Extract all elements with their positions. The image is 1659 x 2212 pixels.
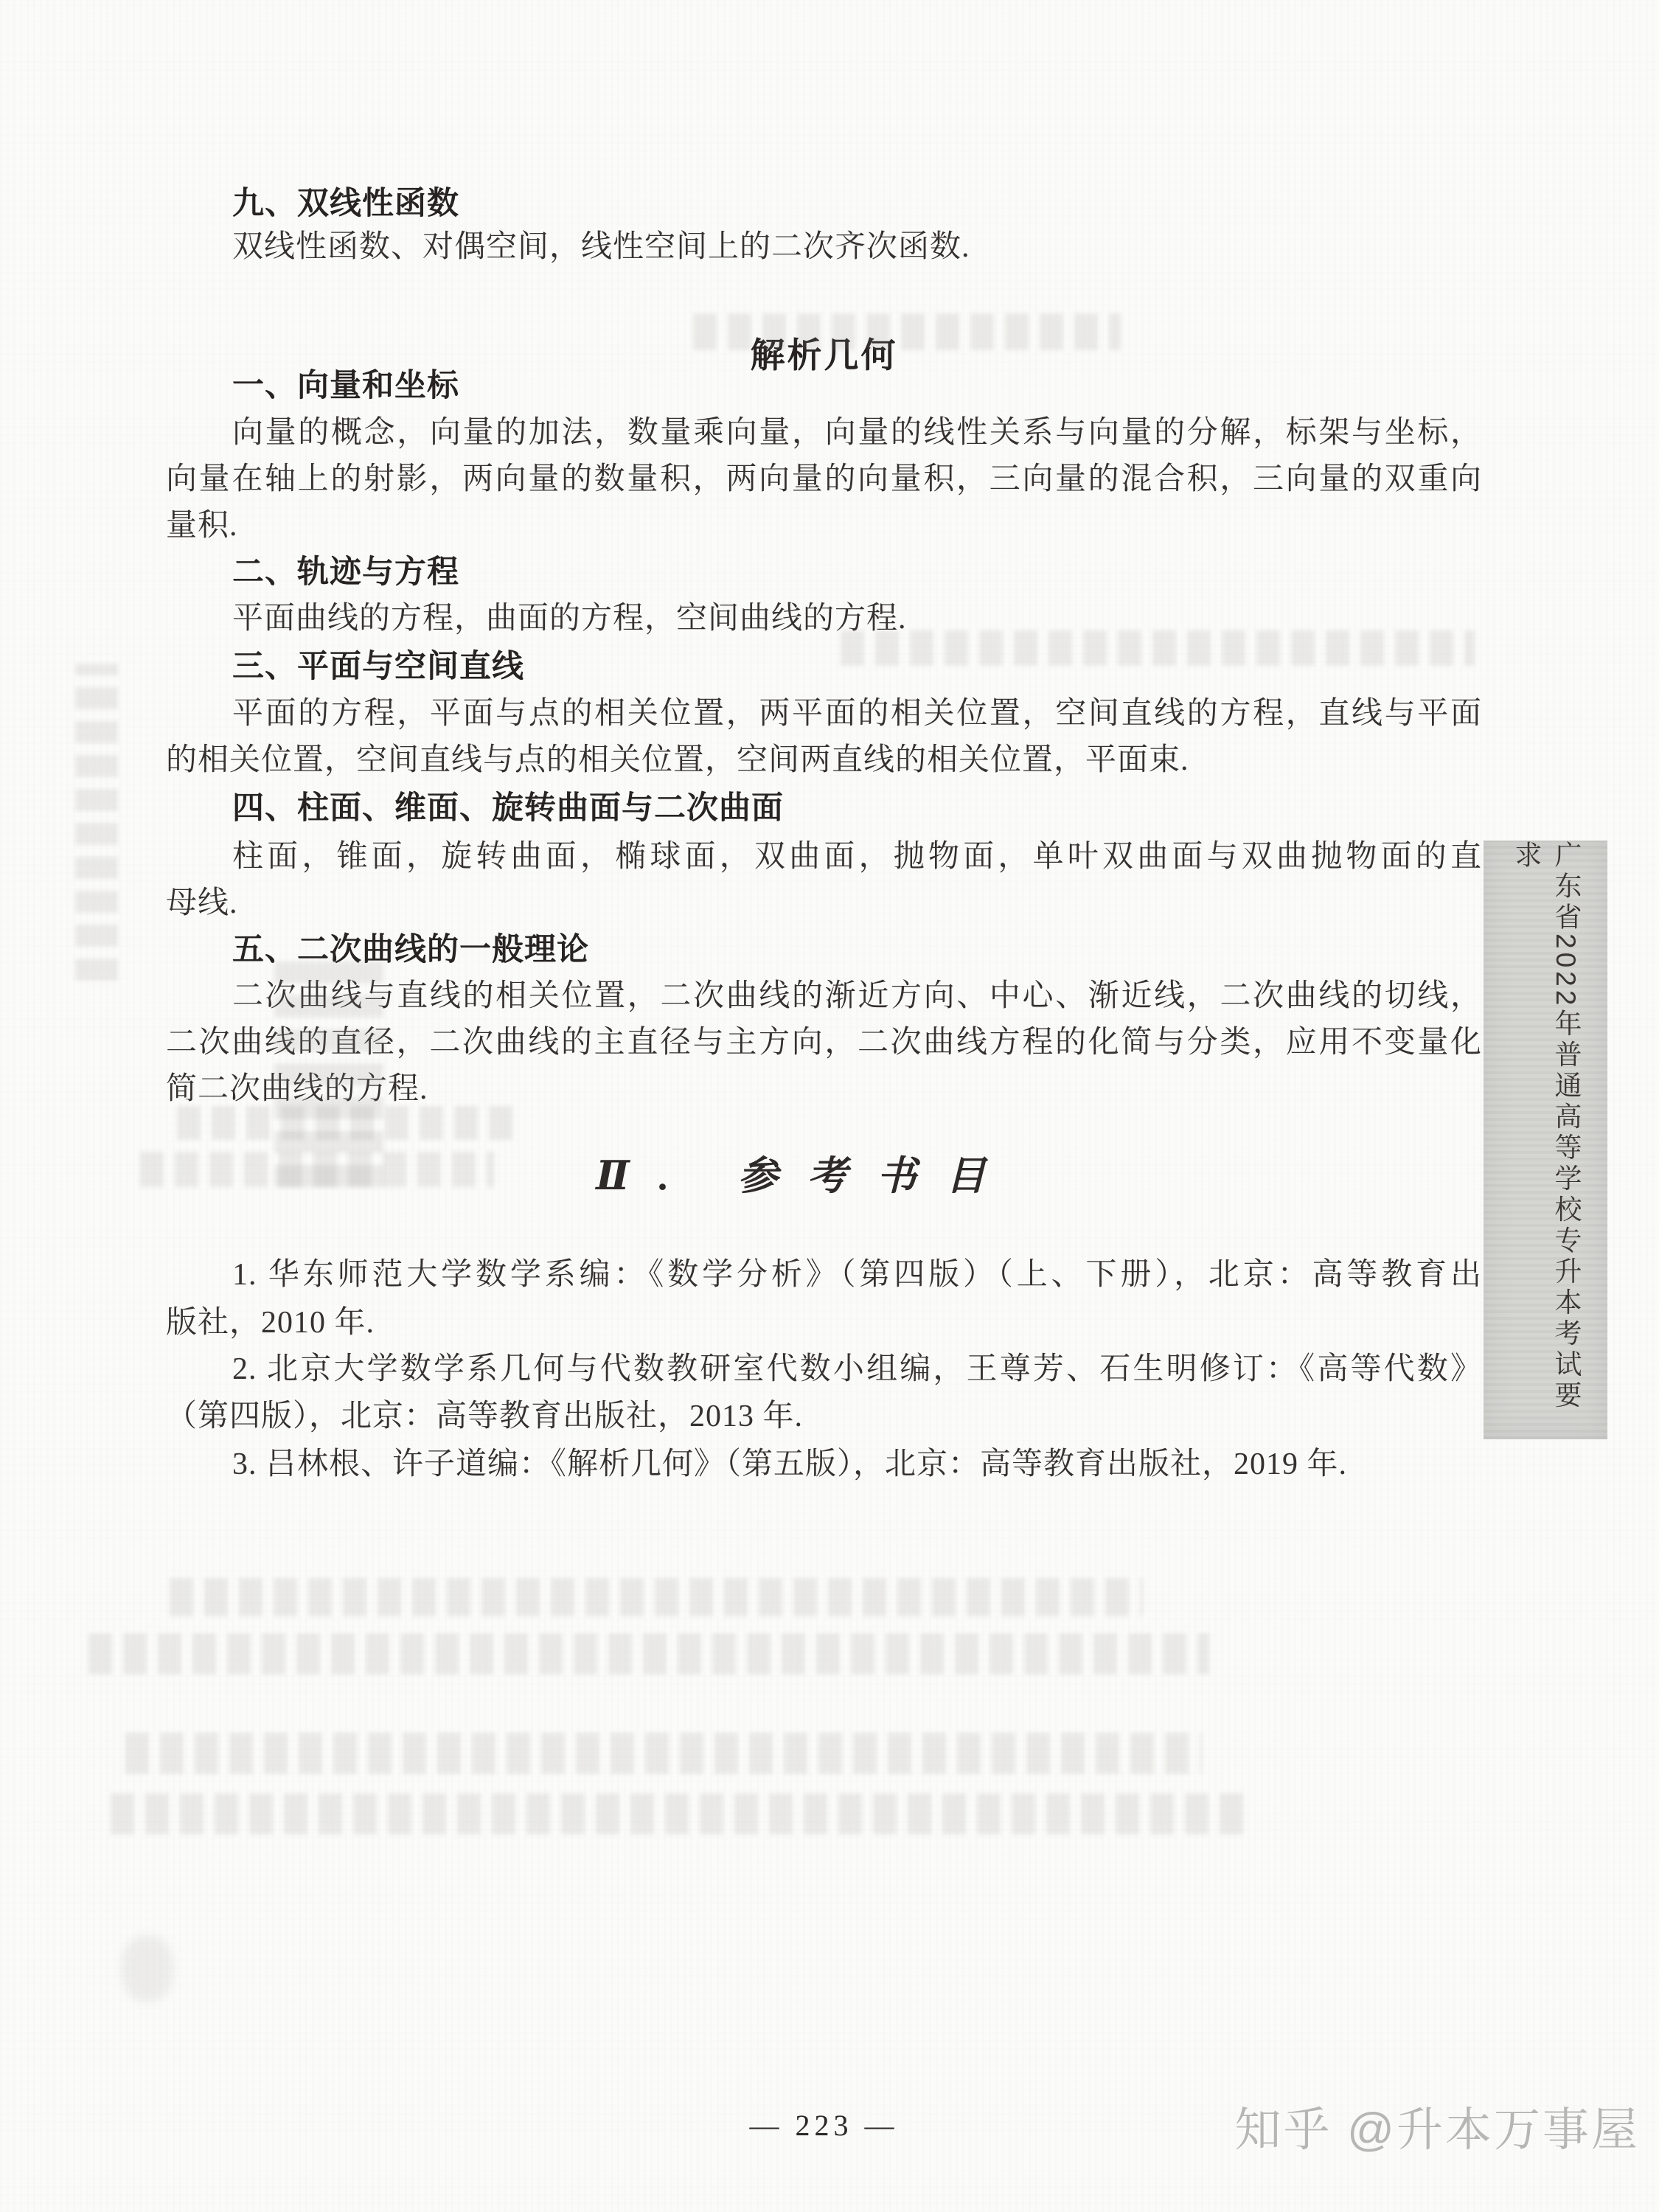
paragraph-line: 向量在轴上的射影，两向量的数量积，两向量的向量积，三向量的混合积，三向量的双重向 <box>166 460 1482 504</box>
paragraph-line: 平面的方程，平面与点的相关位置，两平面的相关位置，空间直线的方程，直线与平面 <box>232 695 1482 739</box>
section-heading-locus-equations: 二、轨迹与方程 <box>232 553 459 593</box>
reference-item-line: （第四版），北京：高等教育出版社，2013 年. <box>166 1397 803 1436</box>
reference-item-line: 2. 北京大学数学系几何与代数教研室代数小组编，王尊芳、石生明修订：《高等代数》 <box>232 1350 1482 1394</box>
section-heading-plane-space-line: 三、平面与空间直线 <box>232 647 524 687</box>
section-heading-conic-general-theory: 五、二次曲线的一般理论 <box>232 931 589 970</box>
zhihu-watermark: 知乎 @升本万事屋 <box>1235 2093 1640 2160</box>
section-heading-bilinear-functions: 九、双线性函数 <box>232 184 459 224</box>
bleedthrough-ghost <box>841 630 1475 666</box>
paragraph-line: 二次曲线与直线的相关位置，二次曲线的渐近方向、中心、渐近线，二次曲线的切线， <box>232 977 1482 1021</box>
paragraph-line: 的相关位置，空间直线与点的相关位置，空间两直线的相关位置，平面束. <box>166 741 1189 780</box>
section-heading-vectors-coordinates: 一、向量和坐标 <box>232 366 459 406</box>
side-banner-vertical-text: 广东省2022年普通高等学校专升本考试要求 <box>1506 841 1585 1439</box>
paragraph-line: 向量的概念，向量的加法，数量乘向量，向量的线性关系与向量的分解，标架与坐标， <box>232 414 1482 458</box>
paragraph-line: 柱面，锥面，旋转曲面，椭球面，双曲面，抛物面，单叶双曲面与双曲抛物面的直 <box>232 838 1482 882</box>
bleedthrough-ghost <box>88 1633 1209 1674</box>
paragraph-line: 二次曲线的直径，二次曲线的主直径与主方向，二次曲线方程的化简与分类，应用不变量化 <box>166 1023 1482 1068</box>
section-body-bilinear-functions: 双线性函数、对偶空间，线性空间上的二次齐次函数. <box>232 228 970 267</box>
reference-item-line: 1. 华东师范大学数学系编：《数学分析》（第四版）（上、下册），北京：高等教育出 <box>232 1256 1482 1300</box>
bleedthrough-ghost <box>75 664 118 981</box>
scanned-document-page: 九、双线性函数 双线性函数、对偶空间，线性空间上的二次齐次函数. 解析几何 一、… <box>0 0 1659 2212</box>
bleedthrough-ghost <box>111 1793 1246 1834</box>
exam-requirement-side-banner: 广东省2022年普通高等学校专升本考试要求 <box>1484 841 1607 1439</box>
paragraph-line: 母线. <box>166 884 238 923</box>
paragraph-line: 平面曲线的方程，曲面的方程，空间曲线的方程. <box>232 599 907 639</box>
bleedthrough-ghost <box>177 1106 524 1140</box>
paragraph-line: 简二次曲线的方程. <box>166 1070 428 1109</box>
bleedthrough-ghost <box>170 1578 1143 1616</box>
reference-item-line: 3. 吕林根、许子道编：《解析几何》（第五版），北京：高等教育出版社，2019 … <box>232 1445 1347 1484</box>
reference-item-line: 版社，2010 年. <box>166 1304 375 1343</box>
bleedthrough-smudge <box>122 1935 173 2002</box>
bleedthrough-ghost <box>125 1733 1202 1774</box>
paragraph-line: 量积. <box>166 507 238 546</box>
references-title: Ⅱ. 参考书目 <box>166 1152 1445 1202</box>
section-heading-cylinder-cone-quadric: 四、柱面、维面、旋转曲面与二次曲面 <box>232 789 784 829</box>
